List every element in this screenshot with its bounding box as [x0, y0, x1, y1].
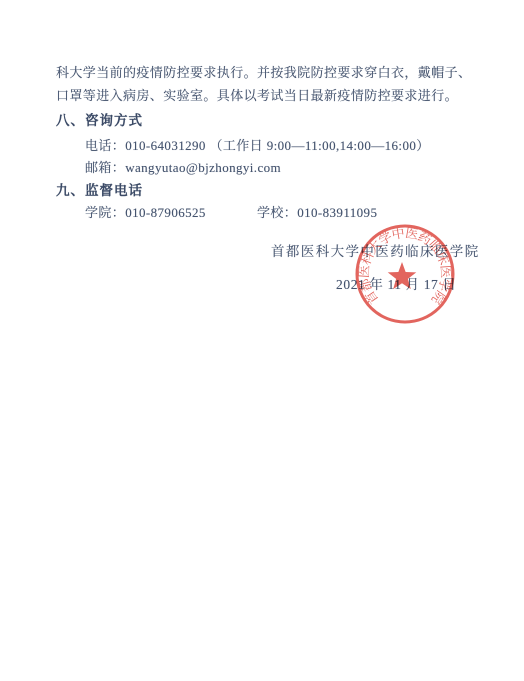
document-page: 科大学当前的疫情防控要求执行。并按我院防控要求穿白衣，戴帽子、 口罩等进入病房、… [0, 0, 524, 681]
phone-line: 电话：010-64031290 （工作日 9:00—11:00,14:00—16… [85, 137, 430, 154]
body-line-1: 科大学当前的疫情防控要求执行。并按我院防控要求穿白衣，戴帽子、 [56, 64, 471, 81]
section9-heading: 九、监督电话 [56, 182, 143, 199]
official-seal: 首都医科大学中医药临床医学院 [344, 213, 466, 335]
seal-arc-text: 首都医科大学中医药临床医学院 [356, 225, 454, 307]
seal-star-icon [388, 262, 417, 289]
body-line-2: 口罩等进入病房、实验室。具体以考试当日最新疫情防控要求进行。 [56, 87, 458, 104]
section8-heading: 八、咨询方式 [56, 112, 143, 129]
college-phone: 学院：010-87906525 [85, 204, 206, 221]
svg-text:都: 都 [357, 277, 375, 294]
email-line: 邮箱：wangyutao@bjzhongyi.com [85, 159, 281, 176]
